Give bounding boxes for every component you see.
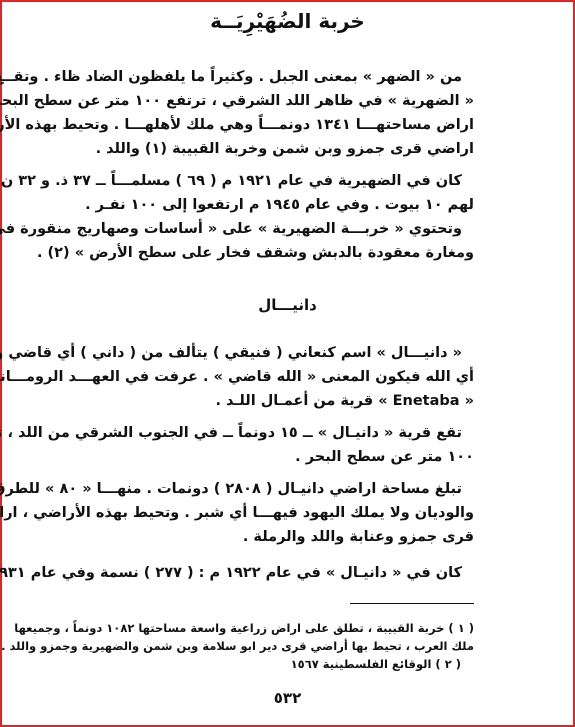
- text-line: وتحتوي « خربـــة الضهيرية » على « أساسات…: [84, 218, 474, 240]
- text-line: كان في « دانيـال » في عام ١٩٢٢ م : ( ٢٧٧…: [84, 562, 474, 584]
- footnote: ( ٢ ) الوقائع الفلسطينية ١٥٦٧: [79, 656, 461, 673]
- footnote: ( ١ ) خربة القبيبة ، تطلق على اراض زراعي…: [79, 620, 474, 637]
- text-line: من « الضهر » بمعنى الجبل . وكثيراً ما يل…: [84, 66, 474, 88]
- text-line: لهم ١٠ بيوت . وفي عام ١٩٤٥ م ارتفعوا إلى…: [84, 194, 474, 216]
- section-title: دانيـــال: [2, 294, 573, 316]
- book-page: خربة الضُهَيْرِيَــة من « الضهر » بمعنى …: [0, 0, 575, 727]
- footnote: ملك العرب ، تحيط بها أراضي قرى دير ابو س…: [79, 638, 474, 655]
- page-title: خربة الضُهَيْرِيَــة: [2, 8, 573, 34]
- text-line: اراض مساحتهـــا ١٣٤١ دونمـــاً وهي ملك ل…: [84, 114, 474, 136]
- text-line: ومغارة معقودة بالدبش وشقف فخار على سطح ا…: [84, 242, 474, 264]
- text-line: « الضهرية » في ظاهر اللد الشرقي ، ترتفع …: [84, 90, 474, 112]
- text-line: تقع قرية « دانيـال » ــ ١٥ دونماً ــ في …: [84, 422, 474, 444]
- text-line: « دانيـــال » اسم كنعاني ( فنيقي ) يتألف…: [84, 342, 474, 364]
- text-line: أي الله فيكون المعنى « الله قاضي » . عرف…: [84, 366, 474, 388]
- text-line: « Enetaba » قرية من أعمـال اللـد .: [84, 390, 474, 412]
- page-number: ٥٣٢: [2, 688, 573, 708]
- text-line: تبلغ مساحة اراضي دانيـال ( ٢٨٠٨ ) دونمات…: [84, 478, 474, 500]
- text-line: اراضي قرى جمزو وبن شمن وخربة القبيبة (١)…: [84, 138, 474, 160]
- text-line: قرى جمزو وعنابة واللد والرملة .: [84, 526, 474, 548]
- text-line: ١٠٠ متر عن سطح البحر .: [84, 446, 474, 468]
- text-line: والوديان ولا يملك اليهود فيهـــا أي شبر …: [84, 502, 474, 524]
- text-line: كان في الضهيرية في عام ١٩٢١ م ( ٦٩ ) مسل…: [84, 170, 474, 192]
- footnote-separator: [350, 603, 474, 604]
